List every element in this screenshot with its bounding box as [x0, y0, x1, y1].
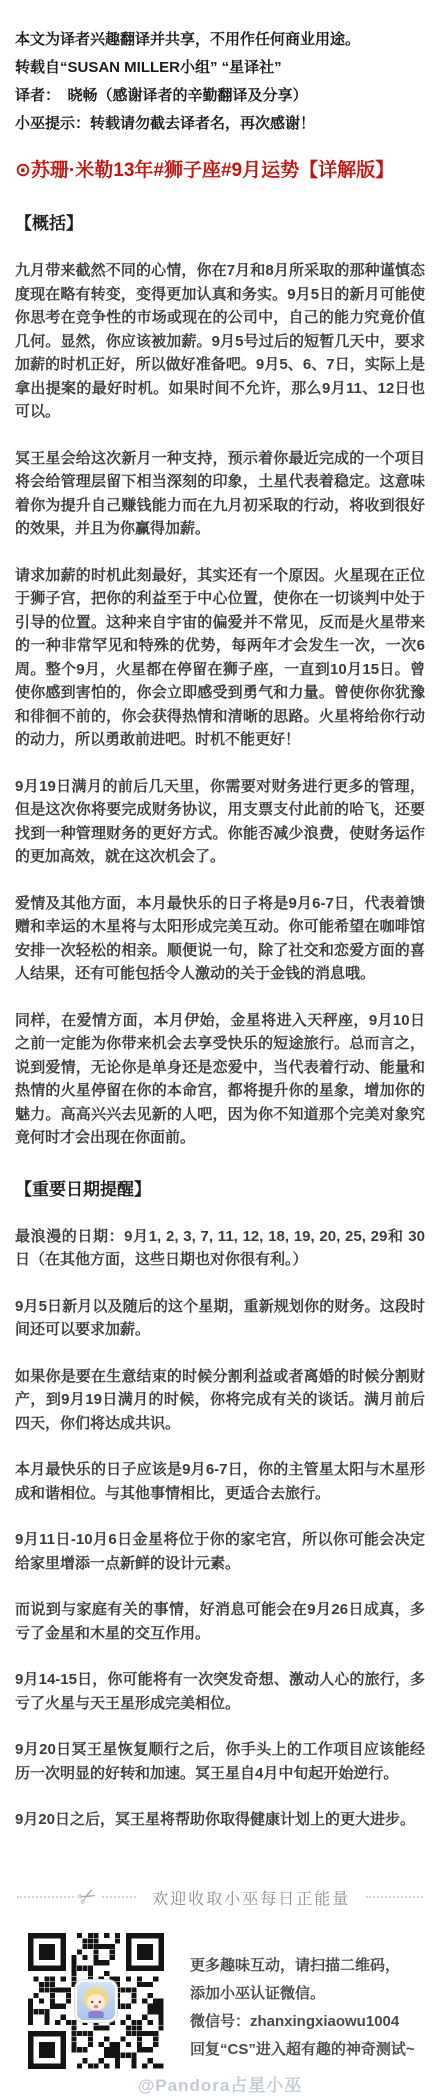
section-heading-overview: 【概括】	[15, 212, 425, 236]
contact-text: 更多趣味互动，请扫描二维码， 添加小巫认证微信。 微信号：zhanxingxia…	[190, 1933, 415, 2069]
dotted-rule	[102, 1896, 136, 1898]
scissors-icon: ✂	[74, 1883, 101, 1911]
meta-line: 译者： 晓畅（感谢译者的辛勤翻译及分享）	[15, 82, 425, 110]
contact-line: 微信号：zhanxingxiaowu1004	[190, 2011, 415, 2032]
section-important-dates: 【重要日期提醒】 最浪漫的日期：9月1, 2, 3, 7, 11, 12, 18…	[15, 1178, 425, 1832]
section-heading-important-dates: 【重要日期提醒】	[15, 1178, 425, 1202]
paragraph: 9月5日新月以及随后的这个星期，重新规划你的财务。这段时间还可以要求加薪。	[15, 1295, 425, 1342]
paragraph: 本月最快乐的日子应该是9月6-7日，你的主管星太阳与木星形成和谐相位。与其他事情…	[15, 1458, 425, 1505]
qr-center-avatar	[75, 1980, 117, 2022]
contact-block: 更多趣味互动，请扫描二维码， 添加小巫认证微信。 微信号：zhanxingxia…	[15, 1933, 425, 2069]
paragraph: 9月14-15日，你可能将有一次突发奇想、激动人心的旅行，多亏了火星与天王星形成…	[15, 1668, 425, 1715]
paragraph: 9月20日之后，冥王星将帮助你取得健康计划上的更大进步。	[15, 1808, 425, 1832]
meta-line: 本文为译者兴趣翻译并共享，不用作任何商业用途。	[15, 26, 425, 54]
section-overview: 【概括】 九月带来截然不同的心情，你在7月和8月所采取的那种谨慎态度现在略有转变…	[15, 212, 425, 1150]
meta-line: 转载自“SUSAN MILLER小组” “星译社”	[15, 54, 425, 82]
paragraph: 冥王星会给这次新月一种支持，预示着你最近完成的一个项目将会给管理层留下相当深刻的…	[15, 447, 425, 541]
paragraph: 爱情及其他方面，本月最快乐的日子将是9月6-7日，代表着馈赠和幸运的木星将与太阳…	[15, 892, 425, 986]
meta-line: 小巫提示：转载请勿截去译者名，再次感谢！	[15, 110, 425, 138]
qr-code	[28, 1933, 164, 2069]
paragraph: 9月19日满月的前后几天里，你需要对财务进行更多的管理，但是这次你将要完成财务协…	[15, 775, 425, 869]
paragraph: 最浪漫的日期：9月1, 2, 3, 7, 11, 12, 18, 19, 20,…	[15, 1225, 425, 1272]
contact-line: 添加小巫认证微信。	[190, 1983, 415, 2004]
footer-banner: ✂ 欢迎收取小巫每日正能量	[15, 1886, 425, 1909]
article-title: ⊙苏珊·米勒13年#狮子座#9月运势【详解版】	[15, 158, 425, 184]
contact-line: 更多趣味互动，请扫描二维码，	[190, 1955, 415, 1976]
translator-meta: 本文为译者兴趣翻译并共享，不用作任何商业用途。 转载自“SUSAN MILLER…	[15, 26, 425, 138]
paragraph: 9月20日冥王星恢复顺行之后，你手头上的工作项目应该能经历一次明显的好转和加速。…	[15, 1738, 425, 1785]
paragraph: 同样，在爱情方面，本月伊始，金星将进入天秤座，9月10日之前一定能为你带来机会去…	[15, 1009, 425, 1150]
avatar-girl-icon	[77, 1982, 115, 2020]
paragraph: 9月11日-10月6日金星将位于你的家宅宫，所以你可能会决定给家里增添一点新鲜的…	[15, 1528, 425, 1575]
paragraph: 而说到与家庭有关的事情，好消息可能会在9月26日成真，多亏了金星和木星的交互作用…	[15, 1598, 425, 1645]
contact-line: 回复“CS”进入超有趣的神奇测试~	[190, 2039, 415, 2060]
dotted-rule	[366, 1896, 423, 1898]
article-page: 本文为译者兴趣翻译并共享，不用作任何商业用途。 转载自“SUSAN MILLER…	[0, 0, 440, 2096]
paragraph: 请求加薪的时机此刻最好，其实还有一个原因。火星现在正位于狮子宫，把你的利益至于中…	[15, 564, 425, 752]
paragraph: 九月带来截然不同的心情，你在7月和8月所采取的那种谨慎态度现在略有转变，变得更加…	[15, 259, 425, 424]
paragraph: 如果你是要在生意结束的时候分割利益或者离婚的时候分割财产，到9月19日满月的时候…	[15, 1365, 425, 1436]
dotted-rule	[17, 1896, 74, 1898]
banner-text: 欢迎收取小巫每日正能量	[152, 1886, 350, 1909]
watermark: @Pandora占星小巫	[15, 2071, 425, 2096]
